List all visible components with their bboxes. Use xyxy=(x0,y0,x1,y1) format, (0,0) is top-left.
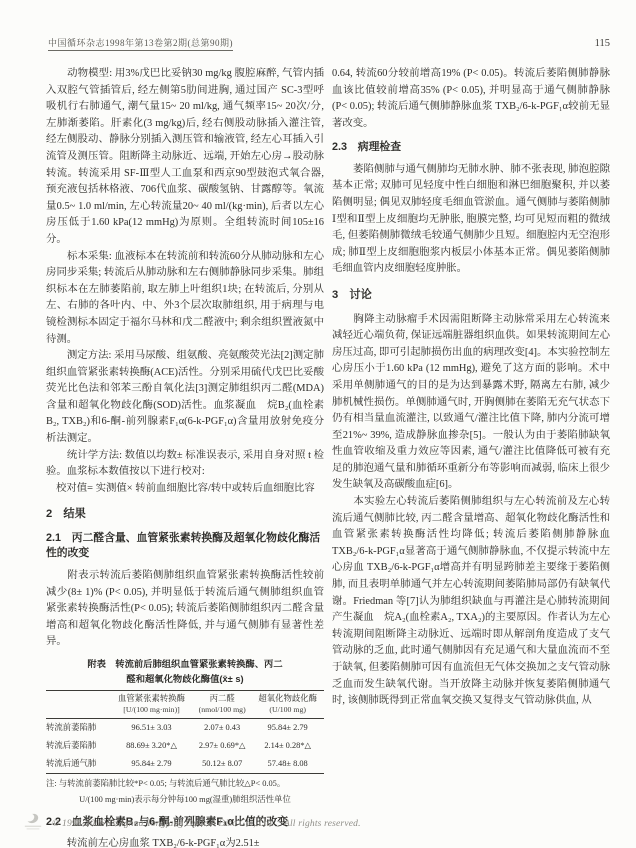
cell-sod: 2.14± 0.28*△ xyxy=(251,737,324,755)
cell-mda: 2.97± 0.69*△ xyxy=(193,737,251,755)
attached-table: 附表 转流前后肺组织血管紧张素转换酶、丙二 醛和超氧化物歧化酶值(x̄± s) … xyxy=(46,657,324,807)
col-mda-name: 丙二醛 xyxy=(210,694,235,703)
paragraph-animal-model: 动物模型: 用3%戊巴比妥钠30 mg/kg 腹腔麻醉, 气管内插入双腔气管插管… xyxy=(46,66,324,249)
paragraph-2-2-start: 转流前左心房血浆 TXB₂/6-k-PGF₁α为2.51± xyxy=(46,836,324,848)
section-heading-results: 2 结果 xyxy=(46,507,324,523)
scanned-paper-page: 中国循环杂志1998年第13卷第2期(总第90期) 115 动物模型: 用3%戊… xyxy=(0,0,636,848)
tongfang-publisher-logo-icon xyxy=(22,812,44,832)
paragraph-discussion-1: 胸降主动脉瘤手术因需阻断降主动脉常采用左心转流来减轻近心端负荷, 保证远端脏器组… xyxy=(332,312,610,495)
section-heading-2-3: 2.3 病理检查 xyxy=(332,140,610,156)
col-sod-name: 超氧化物歧化酶 xyxy=(258,694,317,703)
col-mda-unit: (nmol/100 mg) xyxy=(193,704,251,715)
table-header-sod: 超氧化物歧化酶 (U/100 mg) xyxy=(251,690,324,718)
cell-ace: 95.84± 2.79 xyxy=(110,755,193,774)
correction-formula: 校对值= 实测值× 转前血细胞比容/转中或转后血细胞比容 xyxy=(46,481,324,498)
cell-ace: 88.69± 3.20*△ xyxy=(110,737,193,755)
table-note-1: 注: 与转流前萎陷肺比较*P< 0.05; 与转流后通气肺比较△P< 0.05。 xyxy=(46,778,324,791)
row-label: 转流前萎陷肺 xyxy=(46,718,110,737)
table-note-2: U/(100 mg·min)表示每分钟每100 mg(湿重)肺组织活性单位 xyxy=(46,794,324,807)
table-title-line2: 醛和超氧化物歧化酶值(x̄± s) xyxy=(46,672,324,686)
table-header-ace: 血管紧张素转换酶 [U/(100 mg·min)] xyxy=(110,690,193,718)
cell-ace: 96.51± 3.03 xyxy=(110,718,193,737)
col-sod-unit: (U/100 mg) xyxy=(251,704,324,715)
copyright-text: © 1995-2006 Tsinghua Tongfang Optical Di… xyxy=(52,815,361,829)
cell-sod: 95.84± 2.79 xyxy=(251,718,324,737)
paragraph-statistics: 统计学方法: 数值以均数± 标准误表示, 采用自身对照 t 检验。血浆标本数值按… xyxy=(46,448,324,481)
cell-mda: 2.07± 0.43 xyxy=(193,718,251,737)
row-label: 转流后萎陷肺 xyxy=(46,737,110,755)
paragraph-discussion-2: 本实验左心转流后萎陷侧肺组织与左心转流前及左心转流后通气侧肺比较, 丙二醛含量增… xyxy=(332,494,610,710)
results-table: 血管紧张素转换酶 [U/(100 mg·min)] 丙二醛 (nmol/100 … xyxy=(46,690,324,774)
table-row: 转流后通气肺 95.84± 2.79 50.12± 8.07 57.48± 8.… xyxy=(46,755,324,774)
row-label: 转流后通气肺 xyxy=(46,755,110,774)
journal-title: 中国循环杂志1998年第13卷第2期(总第90期) xyxy=(48,36,233,51)
paragraph-sampling: 标本采集: 血液标本在转流前和转流60分从肺动脉和左心房同步采集; 转流后从肺动… xyxy=(46,249,324,349)
table-header-mda: 丙二醛 (nmol/100 mg) xyxy=(193,690,251,718)
col-ace-name: 血管紧张素转换酶 xyxy=(118,694,185,703)
paragraph-assay-methods: 测定方法: 采用马尿酸、组氨酸、亮氨酸荧光法[2]测定肺组织血管紧张素转换酶(A… xyxy=(46,348,324,448)
table-row: 转流前萎陷肺 96.51± 3.03 2.07± 0.43 95.84± 2.7… xyxy=(46,718,324,737)
left-column: 动物模型: 用3%戊巴比妥钠30 mg/kg 腹腔麻醉, 气管内插入双腔气管插管… xyxy=(46,66,324,848)
section-heading-2-1: 2.1 丙二醛含量、血管紧张素转换酶及超氧化物歧化酶活性的改变 xyxy=(46,531,324,562)
paragraph-2-1: 附表示转流后萎陷侧肺组织血管紧张素转换酶活性较前减少(8± 1)% (P< 0.… xyxy=(46,568,324,651)
table-header-empty xyxy=(46,690,110,718)
page-footer: © 1995-2006 Tsinghua Tongfang Optical Di… xyxy=(22,812,616,832)
section-heading-discussion: 3 讨论 xyxy=(332,288,610,304)
page-header: 中国循环杂志1998年第13卷第2期(总第90期) 115 xyxy=(48,36,610,51)
col-ace-unit: [U/(100 mg·min)] xyxy=(110,704,193,715)
table-header-row: 血管紧张素转换酶 [U/(100 mg·min)] 丙二醛 (nmol/100 … xyxy=(46,690,324,718)
cell-sod: 57.48± 8.08 xyxy=(251,755,324,774)
page-number: 115 xyxy=(595,38,610,49)
paragraph-2-2-continued: 0.64, 转流60分较前增高19% (P< 0.05)。转流后萎陷侧肺静脉血该… xyxy=(332,66,610,132)
table-row: 转流后萎陷肺 88.69± 3.20*△ 2.97± 0.69*△ 2.14± … xyxy=(46,737,324,755)
cell-mda: 50.12± 8.07 xyxy=(193,755,251,774)
right-column: 0.64, 转流60分较前增高19% (P< 0.05)。转流后萎陷侧肺静脉血该… xyxy=(332,66,610,710)
table-title-line1: 附表 转流前后肺组织血管紧张素转换酶、丙二 xyxy=(46,657,324,671)
paragraph-pathology: 萎陷侧肺与通气侧肺均无肺水肿、肺不张表现, 肺泡腔隙基本正常; 双肺可见轻度中性… xyxy=(332,162,610,278)
